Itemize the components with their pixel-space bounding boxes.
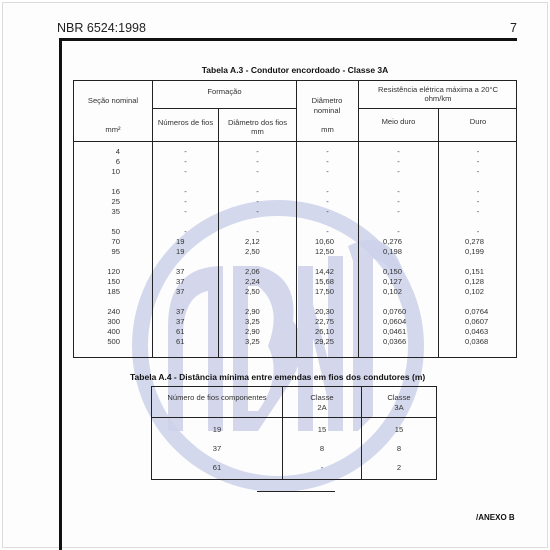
cell-diametro-fios: 2,90 — [245, 307, 296, 317]
cell-secao: 300 — [74, 317, 120, 327]
cell-diametro-fios: 3,25 — [245, 337, 296, 347]
cell-resistencia-duro: 0,0607 — [465, 317, 517, 327]
cell-diametro-nominal: 22,75 — [315, 317, 358, 327]
cell-numero-fios: 37 — [176, 277, 218, 287]
header-diametro-fios-unit: mm — [219, 127, 296, 137]
header-secao-unit: mm² — [74, 125, 152, 135]
top-rule — [59, 38, 517, 41]
cell-numero-fios: - — [153, 157, 218, 167]
cell-secao: 50 — [74, 227, 120, 237]
cell-resistencia-duro: - — [439, 207, 517, 217]
cell-secao: 500 — [74, 337, 120, 347]
cell-numero-fios: - — [153, 197, 218, 207]
cell-diametro-fios: 2,12 — [245, 237, 296, 247]
cell-resistencia-meio-duro: 0,102 — [383, 287, 438, 297]
cell-resistencia-meio-duro: - — [359, 227, 438, 237]
cell-numero-fios: - — [153, 227, 218, 237]
header-numero-fios-componentes: Número de fios componentes — [152, 393, 282, 403]
cell-resistencia-duro: 0,102 — [465, 287, 517, 297]
cell-secao: 400 — [74, 327, 120, 337]
cell-secao: 4 — [74, 147, 120, 157]
cell-secao: 120 — [74, 267, 120, 277]
cell-secao: 185 — [74, 287, 120, 297]
standard-id: NBR 6524:1998 — [57, 21, 146, 35]
cell-diametro-fios: 3,25 — [245, 317, 296, 327]
col-divider — [296, 80, 297, 358]
header-classe-2a-line2: 2A — [283, 403, 361, 413]
cell-secao: 35 — [74, 207, 120, 217]
cell-resistencia-duro: - — [439, 197, 517, 207]
cell-numero-fios: 19 — [176, 247, 218, 257]
table-a4-border-bottom — [151, 479, 437, 480]
cell-classe-3a: 2 — [362, 463, 436, 473]
cell-diametro-nominal: 12,50 — [315, 247, 358, 257]
cell-resistencia-duro: - — [439, 187, 517, 197]
table-a4-border-right — [436, 386, 437, 480]
cell-resistencia-meio-duro: 0,0604 — [383, 317, 438, 327]
cell-numero-fios: 37 — [176, 267, 218, 277]
header-classe-3a-line2: 3A — [362, 403, 436, 413]
table-a4-header-divider — [151, 417, 437, 418]
cell-resistencia-meio-duro: - — [359, 147, 438, 157]
cell-resistencia-meio-duro: 0,276 — [383, 237, 438, 247]
header-diametro-nominal-unit: mm — [297, 125, 358, 135]
cell-resistencia-duro: 0,0368 — [465, 337, 517, 347]
formacao-subdivider — [152, 108, 296, 109]
header-meio-duro: Meio duro — [359, 117, 438, 127]
cell-resistencia-duro: - — [439, 227, 517, 237]
cell-diametro-fios: 2,90 — [245, 327, 296, 337]
table-a3-border-top — [73, 80, 517, 81]
cell-numero-fios: - — [153, 207, 218, 217]
cell-resistencia-meio-duro: - — [359, 157, 438, 167]
cell-secao: 95 — [74, 247, 120, 257]
cell-numero-fios: 61 — [176, 337, 218, 347]
cell-resistencia-duro: 0,199 — [465, 247, 517, 257]
cell-diametro-fios: 2,50 — [245, 247, 296, 257]
cell-resistencia-meio-duro: 0,0760 — [383, 307, 438, 317]
header-classe-3a-line1: Classe — [362, 393, 436, 403]
cell-diametro-fios: - — [219, 187, 296, 197]
cell-diametro-fios: 2,50 — [245, 287, 296, 297]
header-duro: Duro — [439, 117, 517, 127]
cell-secao: 6 — [74, 157, 120, 167]
table-a3-title: Tabela A.3 - Condutor encordoado - Class… — [73, 65, 517, 75]
cell-resistencia-duro: - — [439, 147, 517, 157]
cell-secao: 10 — [74, 167, 120, 177]
cell-diametro-nominal: - — [297, 227, 358, 237]
cell-diametro-fios: - — [219, 157, 296, 167]
cell-diametro-fios: - — [219, 207, 296, 217]
cell-resistencia-duro: 0,0463 — [465, 327, 517, 337]
cell-resistencia-meio-duro: 0,0366 — [383, 337, 438, 347]
cell-diametro-nominal: - — [297, 187, 358, 197]
cell-classe-3a: 15 — [362, 425, 436, 435]
cell-diametro-nominal: 20,30 — [315, 307, 358, 317]
cell-resistencia-meio-duro: 0,127 — [383, 277, 438, 287]
header-resistencia-unit: ohm/km — [359, 94, 517, 104]
cell-diametro-nominal: - — [297, 207, 358, 217]
table-a3-border-bottom — [73, 357, 517, 358]
cell-resistencia-meio-duro: - — [359, 207, 438, 217]
continuation-label: /ANEXO B — [476, 513, 515, 522]
cell-classe-2a: 15 — [283, 425, 361, 435]
cell-resistencia-duro: - — [439, 157, 517, 167]
cell-numero-fios: 19 — [152, 425, 282, 435]
header-secao-nominal: Seção nominal — [74, 96, 152, 106]
cell-diametro-nominal: - — [297, 167, 358, 177]
cell-numero-fios: 19 — [176, 237, 218, 247]
cell-numero-fios: 37 — [176, 287, 218, 297]
cell-classe-3a: 8 — [362, 444, 436, 454]
cell-resistencia-duro: - — [439, 167, 517, 177]
cell-diametro-nominal: 29,25 — [315, 337, 358, 347]
header-numeros-fios: Números de fios — [153, 118, 218, 128]
cell-numero-fios: - — [153, 187, 218, 197]
cell-resistencia-duro: 0,151 — [465, 267, 517, 277]
left-rule — [59, 38, 62, 550]
cell-diametro-nominal: 10,60 — [315, 237, 358, 247]
cell-diametro-nominal: 26,10 — [315, 327, 358, 337]
header-diametro-nominal: Diâmetro nominal — [304, 96, 350, 116]
cell-secao: 16 — [74, 187, 120, 197]
cell-diametro-nominal: 14,42 — [315, 267, 358, 277]
table-a4-border-top — [151, 386, 437, 387]
cell-numero-fios: 61 — [152, 463, 282, 473]
cell-diametro-nominal: - — [297, 147, 358, 157]
cell-numero-fios: 37 — [152, 444, 282, 454]
cell-numero-fios: 37 — [176, 307, 218, 317]
cell-diametro-nominal: 17,50 — [315, 287, 358, 297]
cell-diametro-nominal: - — [297, 157, 358, 167]
cell-diametro-nominal: 15,68 — [315, 277, 358, 287]
page-number: 7 — [510, 21, 517, 35]
cell-diametro-fios: - — [219, 197, 296, 207]
cell-diametro-fios: - — [219, 167, 296, 177]
cell-secao: 240 — [74, 307, 120, 317]
cell-resistencia-meio-duro: - — [359, 197, 438, 207]
cell-resistencia-meio-duro: 0,150 — [383, 267, 438, 277]
cell-resistencia-meio-duro: - — [359, 167, 438, 177]
cell-classe-2a: - — [283, 463, 361, 473]
cell-secao: 70 — [74, 237, 120, 247]
table-a3-header-divider — [73, 141, 517, 142]
cell-diametro-fios: - — [219, 227, 296, 237]
cell-diametro-fios: 2,24 — [245, 277, 296, 287]
cell-resistencia-meio-duro: 0,0461 — [383, 327, 438, 337]
cell-diametro-fios: - — [219, 147, 296, 157]
cell-secao: 150 — [74, 277, 120, 287]
cell-numero-fios: - — [153, 167, 218, 177]
cell-resistencia-duro: 0,128 — [465, 277, 517, 287]
cell-numero-fios: 61 — [176, 327, 218, 337]
cell-numero-fios: - — [153, 147, 218, 157]
cell-secao: 25 — [74, 197, 120, 207]
cell-classe-2a: 8 — [283, 444, 361, 454]
table-a4-title: Tabela A.4 - Distância mínima entre emen… — [130, 372, 425, 382]
header-classe-2a-line1: Classe — [283, 393, 361, 403]
cell-resistencia-duro: 0,278 — [465, 237, 517, 247]
cell-resistencia-meio-duro: - — [359, 187, 438, 197]
cell-numero-fios: 37 — [176, 317, 218, 327]
end-divider — [257, 491, 335, 492]
cell-resistencia-meio-duro: 0,198 — [383, 247, 438, 257]
header-formacao: Formação — [153, 87, 296, 97]
cell-diametro-nominal: - — [297, 197, 358, 207]
cell-diametro-fios: 2,06 — [245, 267, 296, 277]
cell-resistencia-duro: 0,0764 — [465, 307, 517, 317]
